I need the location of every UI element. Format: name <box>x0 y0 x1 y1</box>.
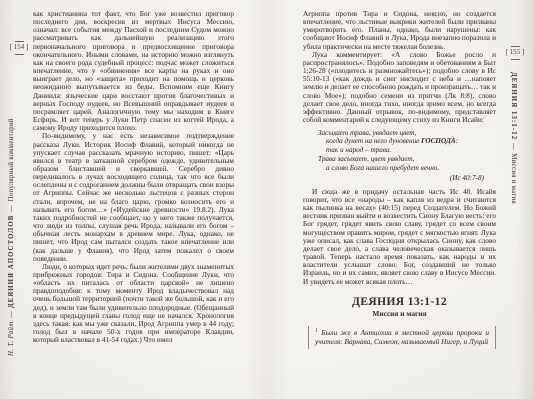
page-right-body: Агриппа против Тира и Сидона, неясно, но… <box>303 10 496 396</box>
paragraph: По-видимому, у нас есть независимое подт… <box>33 132 234 263</box>
page-number-left: [ 154 ] <box>5 38 33 57</box>
page-number-right-value: [ 155 ] <box>501 49 529 56</box>
section-title: ДЕЯНИЯ 13:1-12 <box>303 296 496 308</box>
running-title-section: Миссия и магия <box>510 153 517 204</box>
page-number-right: [ 155 ] <box>501 43 529 62</box>
paragraph: как христианина тот факт, что Бог уже во… <box>33 10 234 132</box>
page-number-rule-top <box>15 41 24 42</box>
poem-line: Трава засыхает, цвет увядает, <box>318 155 496 164</box>
page-left-body: как христианина тот факт, что Бог уже во… <box>33 10 234 394</box>
running-title-right: ДЕЯНИЯ 13:1-12—Миссия и магия <box>505 72 517 242</box>
page-number-rule-top <box>511 46 520 47</box>
running-title-left: Н. Т. Райт—ДЕЯНИЯ АПОСТОЛОВ—Популярный к… <box>8 64 20 356</box>
running-title-book: ДЕЯНИЯ АПОСТОЛОВ <box>8 215 15 308</box>
book-spread: [ 154 ] Н. Т. Райт—ДЕЯНИЯ АПОСТОЛОВ—Попу… <box>0 0 533 399</box>
running-title-chapter: ДЕЯНИЯ 13:1-12 <box>510 72 517 140</box>
section-heading: ДЕЯНИЯ 13:1-12 Миссия и магия <box>303 296 496 318</box>
page-number-rule-bottom <box>15 54 24 55</box>
poem-line: а слово Бога нашего пребудет вечно. <box>318 164 496 173</box>
scripture-text: Были же в Антиохии в местной церкви прор… <box>315 328 489 346</box>
page-number-left-value: [ 154 ] <box>5 44 33 51</box>
running-title-subtitle: Популярный комментарий <box>8 118 15 201</box>
poem-line: так и народ – трава. <box>318 146 496 155</box>
poem-line-text: : <box>456 137 458 145</box>
isaiah-quote-poem: Засыхает трава, увядает цвет, когда дуне… <box>318 129 496 173</box>
poem-line-text: когда дунет на него дуновение <box>326 137 421 145</box>
running-title-separator: — <box>8 308 15 321</box>
quote-attribution: (Ис 40:7-8) <box>303 174 496 182</box>
running-title-separator: — <box>8 201 15 214</box>
paragraph: И сюда же в придачу остальная часть Ис 4… <box>303 188 496 286</box>
section-subtitle: Миссия и магия <box>303 309 496 318</box>
page-number-rule-bottom <box>511 59 520 60</box>
running-title-author: Н. Т. Райт <box>8 321 15 356</box>
scripture-block: 1 Были же в Антиохии в местной церкви пр… <box>308 326 496 349</box>
paragraph: Лука комментирует: «А слово Божье росло … <box>303 51 496 124</box>
poem-line: когда дунет на него дуновение ГОСПОДА: <box>318 137 496 146</box>
paragraph: Люди, о которых идет речь, были жителями… <box>33 263 234 345</box>
running-title-separator: — <box>510 140 517 153</box>
poem-divine-name: ГОСПОДА <box>421 137 456 145</box>
paragraph: Агриппа против Тира и Сидона, неясно, но… <box>303 10 496 51</box>
